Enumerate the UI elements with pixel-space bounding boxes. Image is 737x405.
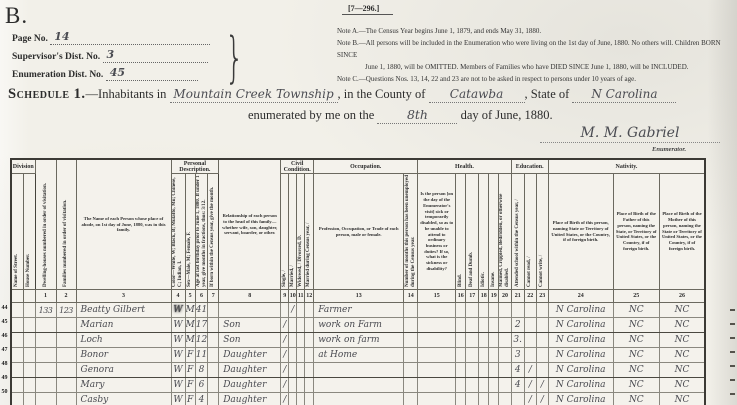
group-header-civil: Civil Condition. <box>281 159 314 174</box>
census-table: DivisionDwelling-houses numbered in orde… <box>10 158 706 405</box>
col-header-house: House Number. <box>23 174 35 290</box>
line-number: 48 <box>0 361 9 367</box>
cell-relationship: Daughter <box>219 348 281 363</box>
cell-father_bp: NC <box>613 303 659 318</box>
cell-street <box>11 333 23 348</box>
cell-mother_bp: NC <box>659 363 705 378</box>
cell-sickness <box>418 333 456 348</box>
cell-single: / <box>281 318 289 333</box>
cell-name: Casby <box>76 393 171 405</box>
cell-dwelling: 133 <box>35 303 56 318</box>
line-number: 50 <box>0 389 9 395</box>
cell-write: / <box>536 393 548 405</box>
cell-relationship: Daughter <box>219 393 281 405</box>
cell-school: 2 <box>511 318 524 333</box>
col-number-house <box>23 290 35 303</box>
cell-father_bp: NC <box>613 378 659 393</box>
cell-read <box>524 303 536 318</box>
cell-idiotic <box>479 333 489 348</box>
cell-sickness <box>418 303 456 318</box>
cell-unemployed <box>404 363 418 378</box>
notes-block: Note A.—The Census Year begins June 1, 1… <box>337 25 735 85</box>
col-header-dwelling: Dwelling-houses numbered in order of vis… <box>35 159 56 290</box>
cell-color: W <box>171 333 185 348</box>
cell-married_cy <box>305 318 314 333</box>
cell-born <box>208 318 219 333</box>
schedule-heading: Schedule 1.—Inhabitants in Mountain Cree… <box>8 86 737 103</box>
col-header-read: Cannot read, / <box>524 174 536 290</box>
cell-name: Genora <box>76 363 171 378</box>
schedule-title-rest: —Inhabitants in <box>86 87 167 101</box>
cell-read <box>524 318 536 333</box>
cell-house <box>23 333 35 348</box>
cell-maimed <box>499 303 512 318</box>
cell-maimed <box>499 348 512 363</box>
col-number-dwelling: 1 <box>35 290 56 303</box>
state-value: N Carolina <box>591 87 657 101</box>
cell-insane <box>489 393 499 405</box>
cell-dwelling <box>35 393 56 405</box>
table-row-line-46: LochWM12Son/work on farm3.N CarolinaNCNC <box>11 333 705 348</box>
enumerator-signature-line: M. M. Gabriel <box>540 124 720 143</box>
cell-insane <box>489 303 499 318</box>
group-header-health: Health. <box>418 159 512 174</box>
col-header-born: If born within the Census year, give the… <box>208 174 219 290</box>
col-header-color: Color—White, W; Black, B; Mulatto, Mu; C… <box>171 174 185 290</box>
cell-single: / <box>281 378 289 393</box>
page-no-line: Page No. 14 <box>12 31 237 49</box>
county-value: Catawba <box>450 87 503 101</box>
cell-read: / <box>524 378 536 393</box>
cell-street <box>11 348 23 363</box>
col-header-widowed: Widowed, / Divorced, D. <box>297 174 305 290</box>
cell-widowed <box>297 363 305 378</box>
cell-age: 41 <box>195 303 208 318</box>
table-row-line-45: MarianWM17Son/work on Farm2N CarolinaNCN… <box>11 318 705 333</box>
cell-married: / <box>289 303 297 318</box>
cell-born <box>208 333 219 348</box>
cell-married_cy <box>305 378 314 393</box>
right-edge-ink-mark <box>730 337 735 339</box>
cell-street <box>11 393 23 405</box>
cell-family <box>56 333 76 348</box>
line-number: 47 <box>0 347 9 353</box>
cell-birthplace: N Carolina <box>548 393 613 405</box>
cell-write <box>536 318 548 333</box>
brace-glyph: } <box>225 26 244 89</box>
col-header-deaf: Deaf and Dumb. <box>466 174 479 290</box>
cell-age: 12 <box>195 333 208 348</box>
note-b-line2: June 1, 1880, will be OMITTED. Members o… <box>337 61 735 73</box>
cell-mother_bp: NC <box>659 333 705 348</box>
col-number-birthplace: 24 <box>548 290 613 303</box>
cell-deaf <box>466 393 479 405</box>
cell-born <box>208 303 219 318</box>
col-number-idiotic: 18 <box>479 290 489 303</box>
col-header-unemployed: Number of months this person has been un… <box>404 174 418 290</box>
cell-color: W <box>171 318 185 333</box>
line-number: 44 <box>0 305 9 311</box>
cell-married_cy <box>305 363 314 378</box>
cell-widowed <box>297 378 305 393</box>
col-header-married: Married, / <box>289 174 297 290</box>
col-number-married: 10 <box>289 290 297 303</box>
col-number-born: 7 <box>208 290 219 303</box>
table-row-line-49: MaryWF6Daughter/4//N CarolinaNCNC <box>11 378 705 393</box>
cell-unemployed <box>404 393 418 405</box>
col-number-mother_bp: 26 <box>659 290 705 303</box>
col-header-street: Name of Street. <box>11 174 23 290</box>
note-b-line1: Note B.—All persons will be included in … <box>337 37 735 61</box>
col-number-family: 2 <box>56 290 76 303</box>
cell-father_bp: NC <box>613 363 659 378</box>
cell-blind <box>456 318 466 333</box>
cell-blind <box>456 333 466 348</box>
cell-read: / <box>524 363 536 378</box>
cell-married <box>289 333 297 348</box>
cell-birthplace: N Carolina <box>548 378 613 393</box>
cell-street <box>11 363 23 378</box>
col-number-read: 22 <box>524 290 536 303</box>
col-number-occupation: 13 <box>314 290 404 303</box>
cell-dwelling <box>35 318 56 333</box>
cell-street <box>11 378 23 393</box>
cell-married <box>289 318 297 333</box>
cell-age: 17 <box>195 318 208 333</box>
form-number: [7—296.] <box>342 4 393 15</box>
cell-deaf <box>466 318 479 333</box>
enumerator-label: Enumerator. <box>652 146 686 153</box>
cell-house <box>23 393 35 405</box>
cell-father_bp: NC <box>613 348 659 363</box>
cell-write <box>536 348 548 363</box>
cell-age: 4 <box>195 393 208 405</box>
right-edge-ink-mark <box>730 393 735 395</box>
cell-color: W <box>171 303 185 318</box>
cell-married_cy <box>305 348 314 363</box>
cell-street <box>11 318 23 333</box>
col-header-maimed: Maimed, Crippled, Bedridden, or otherwis… <box>499 174 512 290</box>
schedule-title: Schedule 1. <box>8 86 86 102</box>
cell-born <box>208 348 219 363</box>
cell-idiotic <box>479 393 489 405</box>
col-number-deaf: 17 <box>466 290 479 303</box>
note-a: Note A.—The Census Year begins June 1, 1… <box>337 25 735 37</box>
cell-birthplace: N Carolina <box>548 303 613 318</box>
right-edge-ink-mark <box>730 351 735 353</box>
cell-insane <box>489 318 499 333</box>
cell-unemployed <box>404 303 418 318</box>
cell-dwelling <box>35 333 56 348</box>
cell-age: 6 <box>195 378 208 393</box>
cell-idiotic <box>479 348 489 363</box>
cell-maimed <box>499 393 512 405</box>
col-header-age: Age at last birthday prior to June 1, 18… <box>195 174 208 290</box>
cell-idiotic <box>479 318 489 333</box>
enumeration-dist-value: 45 <box>106 66 129 79</box>
page-no-value: 14 <box>50 30 73 43</box>
cell-married <box>289 378 297 393</box>
cell-write <box>536 303 548 318</box>
col-header-name: The Name of each Person whose place of a… <box>76 159 171 290</box>
cell-widowed <box>297 318 305 333</box>
cell-house <box>23 303 35 318</box>
cell-insane <box>489 348 499 363</box>
date-label: day of June, 1880. <box>461 108 553 122</box>
table-row-line-48: GenoraWF8Daughter/4/N CarolinaNCNC <box>11 363 705 378</box>
cell-dwelling <box>35 363 56 378</box>
cell-school: 3. <box>511 333 524 348</box>
sheet-letter: B. <box>5 3 28 29</box>
cell-married <box>289 348 297 363</box>
cell-sex: M <box>185 303 195 318</box>
cell-occupation <box>314 363 404 378</box>
cell-sex: F <box>185 348 195 363</box>
cell-mother_bp: NC <box>659 303 705 318</box>
cell-widowed <box>297 333 305 348</box>
col-number-father_bp: 25 <box>613 290 659 303</box>
col-header-blind: Blind. <box>456 174 466 290</box>
supervisor-dist-label: Supervisor's Dist. No. <box>12 52 100 62</box>
cell-insane <box>489 333 499 348</box>
col-header-single: Single, / <box>281 174 289 290</box>
col-number-write: 23 <box>536 290 548 303</box>
cell-school <box>511 393 524 405</box>
enumerated-line: enumerated by me on the 8th day of June,… <box>248 107 553 124</box>
cell-dwelling <box>35 348 56 363</box>
col-header-sex: Sex—Male, M; Female, F. <box>185 174 195 290</box>
cell-read <box>524 333 536 348</box>
col-header-mother_bp: Place of Birth of the Mother of this per… <box>659 174 705 290</box>
cell-maimed <box>499 363 512 378</box>
cell-color: W <box>171 393 185 405</box>
cell-house <box>23 348 35 363</box>
cell-read: / <box>524 393 536 405</box>
enumeration-dist-line: Enumeration Dist. No. 45 <box>12 67 237 85</box>
cell-sickness <box>418 363 456 378</box>
cell-age: 8 <box>195 363 208 378</box>
cell-color: W <box>171 348 185 363</box>
cell-married <box>289 363 297 378</box>
cell-house <box>23 363 35 378</box>
cell-sex: M <box>185 333 195 348</box>
cell-blind <box>456 348 466 363</box>
cell-name: Loch <box>76 333 171 348</box>
cell-sex: M <box>185 318 195 333</box>
col-number-color: 4 <box>171 290 185 303</box>
cell-maimed <box>499 378 512 393</box>
right-edge-ink-mark <box>730 323 735 325</box>
cell-unemployed <box>404 378 418 393</box>
col-number-sex: 5 <box>185 290 195 303</box>
cell-name: Beatty Gilbert <box>76 303 171 318</box>
cell-widowed <box>297 303 305 318</box>
cell-blind <box>456 303 466 318</box>
cell-birthplace: N Carolina <box>548 318 613 333</box>
cell-born <box>208 378 219 393</box>
cell-widowed <box>297 393 305 405</box>
cell-father_bp: NC <box>613 333 659 348</box>
col-number-age: 6 <box>195 290 208 303</box>
cell-single: / <box>281 333 289 348</box>
col-number-school: 21 <box>511 290 524 303</box>
table-row-line-50: CasbyWF4Daughter///N CarolinaNCNC <box>11 393 705 405</box>
cell-write <box>536 333 548 348</box>
right-edge-ink-mark <box>730 365 735 367</box>
cell-married_cy <box>305 333 314 348</box>
cell-maimed <box>499 318 512 333</box>
cell-deaf <box>466 363 479 378</box>
cell-family <box>56 378 76 393</box>
cell-house <box>23 378 35 393</box>
enumerator-signature: M. M. Gabriel <box>581 125 680 141</box>
cell-age: 11 <box>195 348 208 363</box>
township-value: Mountain Creek Township <box>173 87 333 101</box>
cell-unemployed <box>404 333 418 348</box>
col-number-street <box>11 290 23 303</box>
table-row-line-47: BonorWF11Daughter/at Home3N CarolinaNCNC <box>11 348 705 363</box>
cell-dwelling <box>35 378 56 393</box>
cell-deaf <box>466 378 479 393</box>
cell-widowed <box>297 348 305 363</box>
col-header-sickness: Is the person [on the day of the Enumera… <box>418 174 456 290</box>
cell-sex: F <box>185 378 195 393</box>
right-edge-ink-mark <box>730 309 735 311</box>
cell-family <box>56 318 76 333</box>
cell-married_cy <box>305 393 314 405</box>
right-edge-ink-mark <box>730 379 735 381</box>
cell-sex: F <box>185 363 195 378</box>
col-number-married_cy: 12 <box>305 290 314 303</box>
cell-deaf <box>466 303 479 318</box>
col-header-relationship: Relationship of each person to the head … <box>219 159 281 290</box>
cell-blind <box>456 363 466 378</box>
table-row-line-44: 133123Beatty GilbertWM41/FarmerN Carolin… <box>11 303 705 318</box>
col-header-father_bp: Place of Birth of the Father of this per… <box>613 174 659 290</box>
col-header-idiotic: Idiotic. <box>479 174 489 290</box>
cell-relationship: Son <box>219 318 281 333</box>
col-header-birthplace: Place of Birth of this person, naming St… <box>548 174 613 290</box>
cell-father_bp: NC <box>613 318 659 333</box>
col-header-family: Families numbered in order of visitation… <box>56 159 76 290</box>
cell-occupation <box>314 393 404 405</box>
cell-write <box>536 363 548 378</box>
cell-name: Mary <box>76 378 171 393</box>
cell-single: / <box>281 348 289 363</box>
col-number-single: 9 <box>281 290 289 303</box>
cell-sickness <box>418 393 456 405</box>
cell-mother_bp: NC <box>659 348 705 363</box>
group-header-division: Division <box>11 159 35 174</box>
cell-born <box>208 363 219 378</box>
cell-birthplace: N Carolina <box>548 363 613 378</box>
cell-occupation: work on farm <box>314 333 404 348</box>
cell-street <box>11 303 23 318</box>
col-header-school: Attended school within the Census year, … <box>511 174 524 290</box>
cell-occupation <box>314 378 404 393</box>
cell-write: / <box>536 378 548 393</box>
cell-idiotic <box>479 378 489 393</box>
group-header-nativity: Nativity. <box>548 159 705 174</box>
cell-sickness <box>418 348 456 363</box>
cell-family <box>56 348 76 363</box>
cell-blind <box>456 393 466 405</box>
cell-maimed <box>499 333 512 348</box>
col-number-maimed: 20 <box>499 290 512 303</box>
cell-single <box>281 303 289 318</box>
cell-relationship: Daughter <box>219 378 281 393</box>
line-number: 49 <box>0 375 9 381</box>
col-number-insane: 19 <box>489 290 499 303</box>
cell-school <box>511 303 524 318</box>
cell-family <box>56 363 76 378</box>
cell-single: / <box>281 393 289 405</box>
cell-relationship: Son <box>219 333 281 348</box>
cell-sickness <box>418 378 456 393</box>
cell-read <box>524 348 536 363</box>
cell-birthplace: N Carolina <box>548 333 613 348</box>
cell-name: Marian <box>76 318 171 333</box>
col-header-occupation: Profession, Occupation, or Trade of each… <box>314 174 404 290</box>
cell-unemployed <box>404 318 418 333</box>
cell-mother_bp: NC <box>659 393 705 405</box>
group-header-occupation: Occupation. <box>314 159 418 174</box>
note-c: Note C.—Questions Nos. 13, 14, 22 and 23… <box>337 73 735 85</box>
enumerated-label: enumerated by me on the <box>248 108 374 122</box>
cell-sex: F <box>185 393 195 405</box>
cell-color: W <box>171 363 185 378</box>
cell-school: 4 <box>511 363 524 378</box>
col-header-write: Cannot write, / <box>536 174 548 290</box>
cell-blind <box>456 378 466 393</box>
supervisor-dist-value: 3 <box>103 48 119 61</box>
line-number: 46 <box>0 333 9 339</box>
cell-occupation: at Home <box>314 348 404 363</box>
cell-birthplace: N Carolina <box>548 348 613 363</box>
cell-deaf <box>466 333 479 348</box>
group-header-education: Education. <box>511 159 548 174</box>
cell-father_bp: NC <box>613 393 659 405</box>
cell-house <box>23 318 35 333</box>
cell-deaf <box>466 348 479 363</box>
supervisor-dist-line: Supervisor's Dist. No. 3 <box>12 49 237 67</box>
day-value: 8th <box>407 107 428 122</box>
cell-sickness <box>418 318 456 333</box>
cell-insane <box>489 378 499 393</box>
cell-insane <box>489 363 499 378</box>
col-number-unemployed: 14 <box>404 290 418 303</box>
cell-family: 123 <box>56 303 76 318</box>
page-no-label: Page No. <box>12 34 48 44</box>
cell-married <box>289 393 297 405</box>
county-label: , in the County of <box>338 87 426 101</box>
enumeration-dist-label: Enumeration Dist. No. <box>12 70 103 80</box>
state-label: , State of <box>525 87 570 101</box>
col-header-insane: Insane. <box>489 174 499 290</box>
cell-unemployed <box>404 348 418 363</box>
cell-mother_bp: NC <box>659 318 705 333</box>
cell-idiotic <box>479 363 489 378</box>
cell-relationship <box>219 303 281 318</box>
col-number-blind: 16 <box>456 290 466 303</box>
cell-color: W <box>171 378 185 393</box>
col-number-name: 3 <box>76 290 171 303</box>
cell-name: Bonor <box>76 348 171 363</box>
cell-relationship: Daughter <box>219 363 281 378</box>
cell-occupation: Farmer <box>314 303 404 318</box>
cell-mother_bp: NC <box>659 378 705 393</box>
line-number: 45 <box>0 319 9 325</box>
